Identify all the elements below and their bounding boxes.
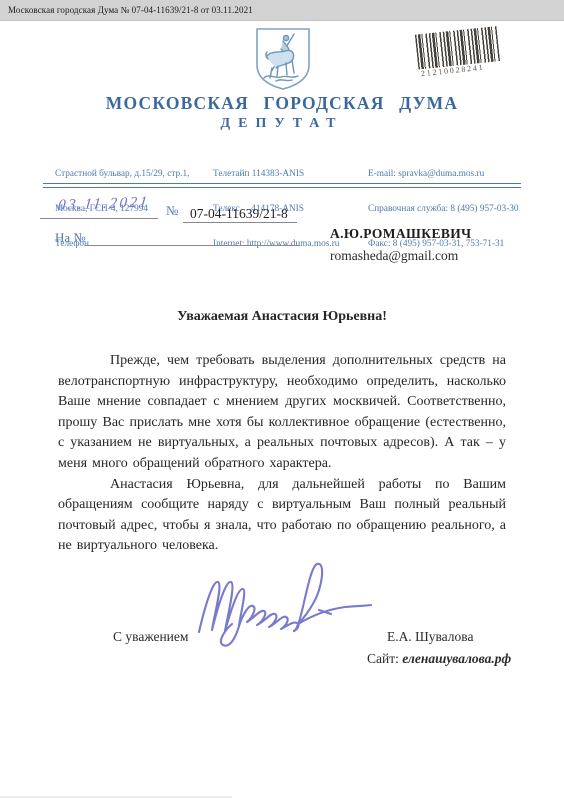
signer-name: Е.А. Шувалова [387,629,473,645]
contact-line: Телетайп 114383-ANIS [213,169,339,181]
recipient-email: romasheda@gmail.com [330,248,458,264]
handwritten-date: 03.11.2021 [57,194,150,214]
contact-line: Справочная служба: 8 (495) 957-03-30 [368,204,519,216]
website-line: Сайт: еленашувалова.рф [367,651,511,667]
paragraph: Анастасия Юрьевна, для дальнейшей работы… [58,475,506,557]
website-label: Сайт: [367,651,402,666]
letter-page: Московская городская Дума № 07-04-11639/… [0,0,564,799]
page-bottom-edge [0,796,232,798]
outgoing-number: 07-04-11639/21-8 [190,206,288,222]
contact-line: E-mail: spravka@duma.mos.ru [368,169,519,181]
number-underline [183,222,297,223]
letter-body: Прежде, чем требовать выделения дополнит… [58,351,506,557]
reply-number-label: На № [55,230,86,246]
org-role: ДЕПУТАТ [0,116,564,132]
greeting: Уважаемая Анастасия Юрьевна! [58,309,506,325]
barcode: 21210028241 [415,26,507,81]
titlebar-text: Московская городская Дума № 07-04-11639/… [0,5,253,15]
document-titlebar: Московская городская Дума № 07-04-11639/… [0,0,564,21]
date-underline [40,218,158,219]
paragraph: Прежде, чем требовать выделения дополнит… [58,351,506,475]
signature-image [185,554,377,648]
header-divider [43,183,521,188]
closing-salutation: С уважением [113,629,188,645]
recipient-name: А.Ю.РОМАШКЕВИЧ [330,226,472,242]
contact-line: Страстной бульвар, д.15/29, стр.1, [55,169,189,181]
number-label: № [166,203,178,219]
moscow-coat-of-arms-icon [254,26,312,92]
reply-number-underline [85,245,300,246]
website-url: еленашувалова.рф [402,651,511,666]
org-name: МОСКОВСКАЯ ГОРОДСКАЯ ДУМА [0,93,564,114]
